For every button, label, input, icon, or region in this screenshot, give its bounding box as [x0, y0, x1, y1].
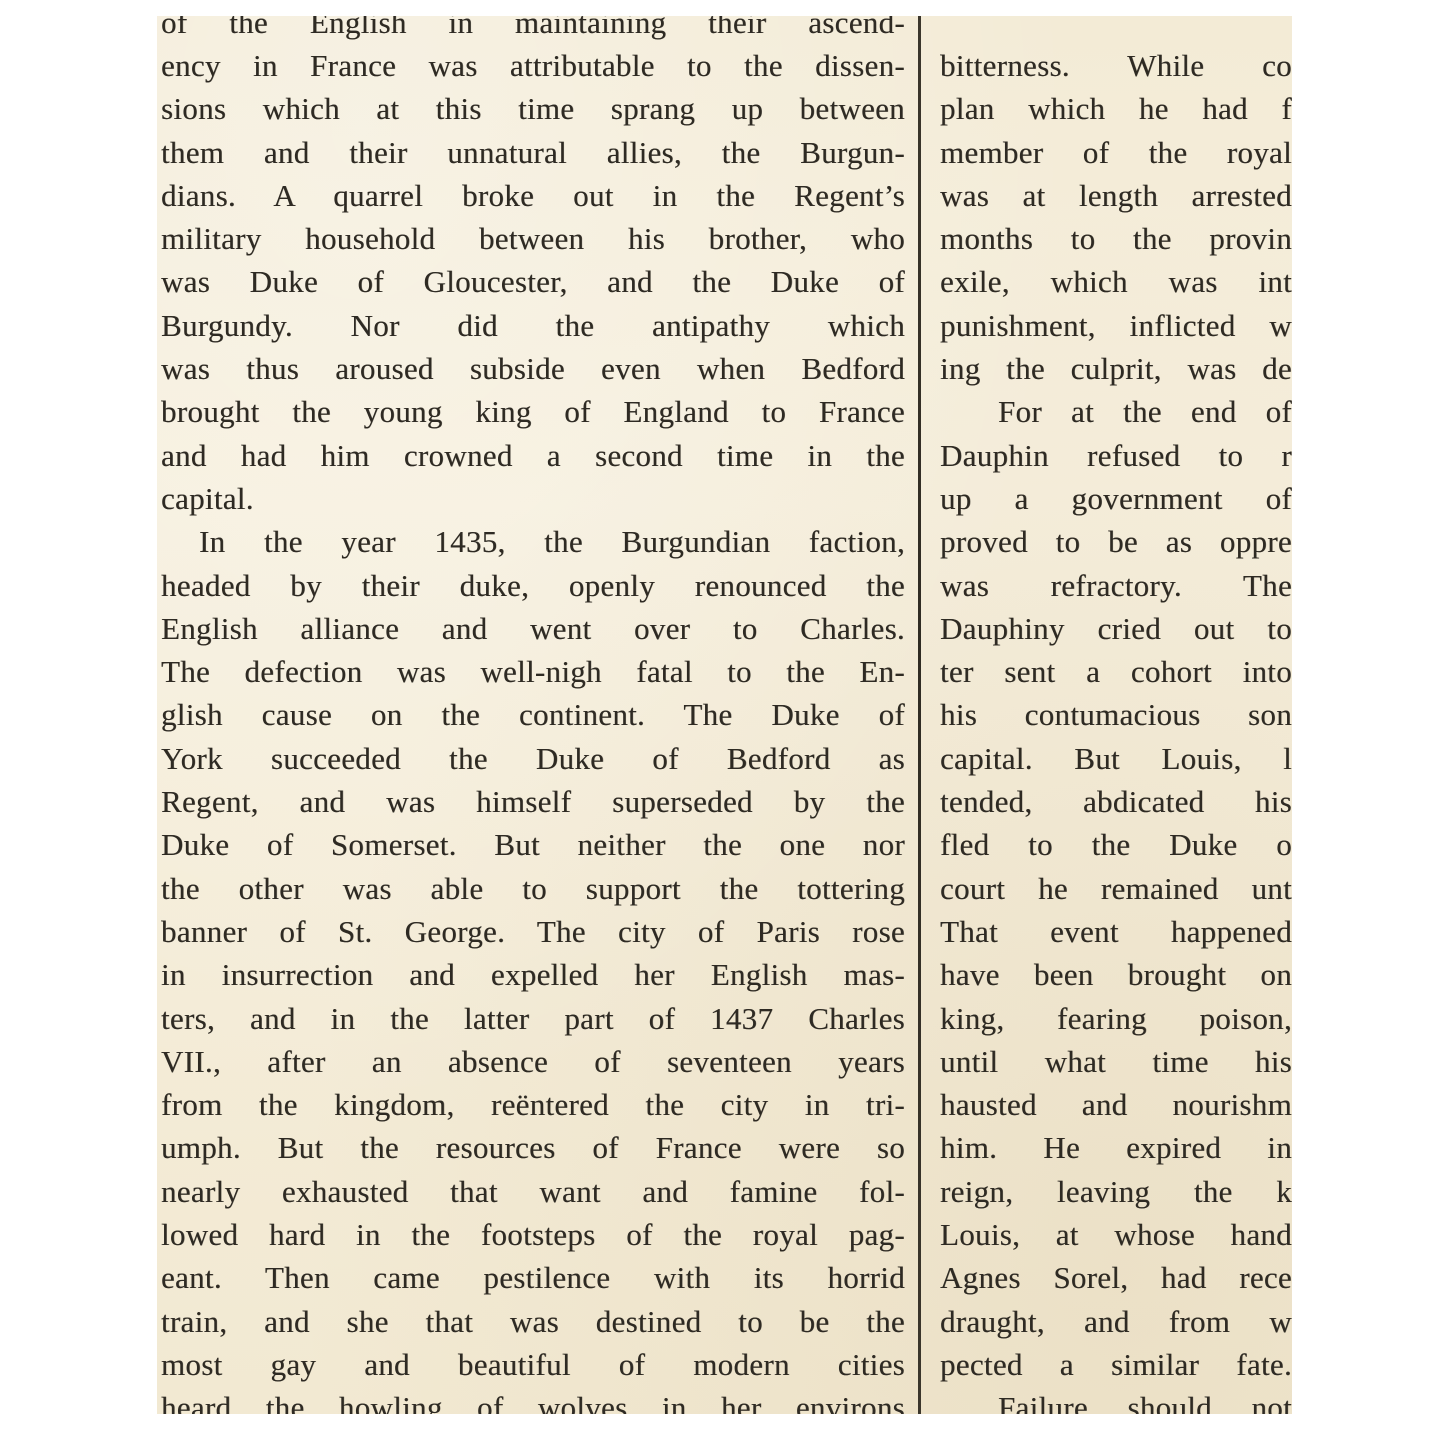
bottom-partial-line: Failure should not [940, 1386, 1292, 1414]
text-line: glish cause on the continent. The Duke o… [161, 693, 905, 736]
text-line: banner of St. George. The city of Paris … [161, 910, 905, 953]
text-line: ing the culprit, was de [940, 347, 1292, 390]
text-line: them and their unnatural allies, the Bur… [161, 131, 905, 174]
text-line: the other was able to support the totter… [161, 867, 905, 910]
text-line: umph. But the resources of France were s… [161, 1126, 905, 1169]
text-line: have been brought on [940, 953, 1292, 996]
text-line: bitterness. While co [940, 44, 1292, 87]
left-text-column: of the English in maintaining their asce… [161, 16, 905, 1414]
text-line: nearly exhausted that want and famine fo… [161, 1170, 905, 1213]
text-line: In the year 1435, the Burgundian faction… [161, 520, 905, 563]
right-column-lines: bitterness. While coplan which he had fm… [940, 44, 1292, 1386]
text-line: headed by their duke, openly renounced t… [161, 564, 905, 607]
text-line: was at length arrested [940, 174, 1292, 217]
text-line: train, and she that was destined to be t… [161, 1300, 905, 1343]
text-line: plan which he had f [940, 87, 1292, 130]
text-line: tended, abdicated his [940, 780, 1292, 823]
text-line: capital. But Louis, l [940, 737, 1292, 780]
text-line: reign, leaving the k [940, 1170, 1292, 1213]
text-line: him. He expired in [940, 1126, 1292, 1169]
scanned-page: of the English in maintaining their asce… [157, 16, 1292, 1414]
text-line: dians. A quarrel broke out in the Regent… [161, 174, 905, 217]
text-line: fled to the Duke o [940, 823, 1292, 866]
right-text-column: bitterness. While coplan which he had fm… [940, 16, 1292, 1414]
text-line: hausted and nourishm [940, 1083, 1292, 1126]
text-line: Agnes Sorel, had rece [940, 1256, 1292, 1299]
text-line: ency in France was attributable to the d… [161, 44, 905, 87]
text-line: member of the royal [940, 131, 1292, 174]
text-line: brought the young king of England to Fra… [161, 390, 905, 433]
text-line: Dauphin refused to r [940, 434, 1292, 477]
text-line: English alliance and went over to Charle… [161, 607, 905, 650]
text-line: York succeeded the Duke of Bedford as [161, 737, 905, 780]
text-line: Dauphiny cried out to [940, 607, 1292, 650]
text-line: punishment, inflicted w [940, 304, 1292, 347]
text-line: ter sent a cohort into [940, 650, 1292, 693]
text-line: most gay and beautiful of modern cities [161, 1343, 905, 1386]
text-line: draught, and from w [940, 1300, 1292, 1343]
bottom-partial-line: heard the howling of wolves in her envir… [161, 1386, 905, 1414]
text-line: Louis, at whose hand [940, 1213, 1292, 1256]
text-line: VII., after an absence of seventeen year… [161, 1040, 905, 1083]
text-line: court he remained unt [940, 867, 1292, 910]
left-column-lines: ency in France was attributable to the d… [161, 44, 905, 1386]
text-line: in insurrection and expelled her English… [161, 953, 905, 996]
text-line: sions which at this time sprang up betwe… [161, 87, 905, 130]
top-partial-line: of the English in maintaining their asce… [161, 16, 905, 44]
text-line: pected a similar fate. [940, 1343, 1292, 1386]
text-line: Burgundy. Nor did the antipathy which [161, 304, 905, 347]
text-line: was thus aroused subside even when Bedfo… [161, 347, 905, 390]
text-line: proved to be as oppre [940, 520, 1292, 563]
text-line: exile, which was int [940, 260, 1292, 303]
text-line: eant. Then came pestilence with its horr… [161, 1256, 905, 1299]
text-line: months to the provin [940, 217, 1292, 260]
text-line: The defection was well-nigh fatal to the… [161, 650, 905, 693]
text-line: from the kingdom, reëntered the city in … [161, 1083, 905, 1126]
text-line: ters, and in the latter part of 1437 Cha… [161, 997, 905, 1040]
text-line: That event happened [940, 910, 1292, 953]
text-line: was Duke of Gloucester, and the Duke of [161, 260, 905, 303]
text-line: king, fearing poison, [940, 997, 1292, 1040]
text-line: of the English in maintaining their asce… [161, 16, 905, 44]
text-line: capital. [161, 477, 905, 520]
text-line: was refractory. The [940, 564, 1292, 607]
column-divider-rule [918, 16, 921, 1414]
text-line: lowed hard in the footsteps of the royal… [161, 1213, 905, 1256]
text-line: Regent, and was himself superseded by th… [161, 780, 905, 823]
top-partial-line [940, 16, 1292, 44]
text-line: and had him crowned a second time in the [161, 434, 905, 477]
text-line: up a government of [940, 477, 1292, 520]
text-line: military household between his brother, … [161, 217, 905, 260]
text-line: For at the end of [940, 390, 1292, 433]
text-line: Duke of Somerset. But neither the one no… [161, 823, 905, 866]
text-line: his contumacious son [940, 693, 1292, 736]
text-line: until what time his [940, 1040, 1292, 1083]
